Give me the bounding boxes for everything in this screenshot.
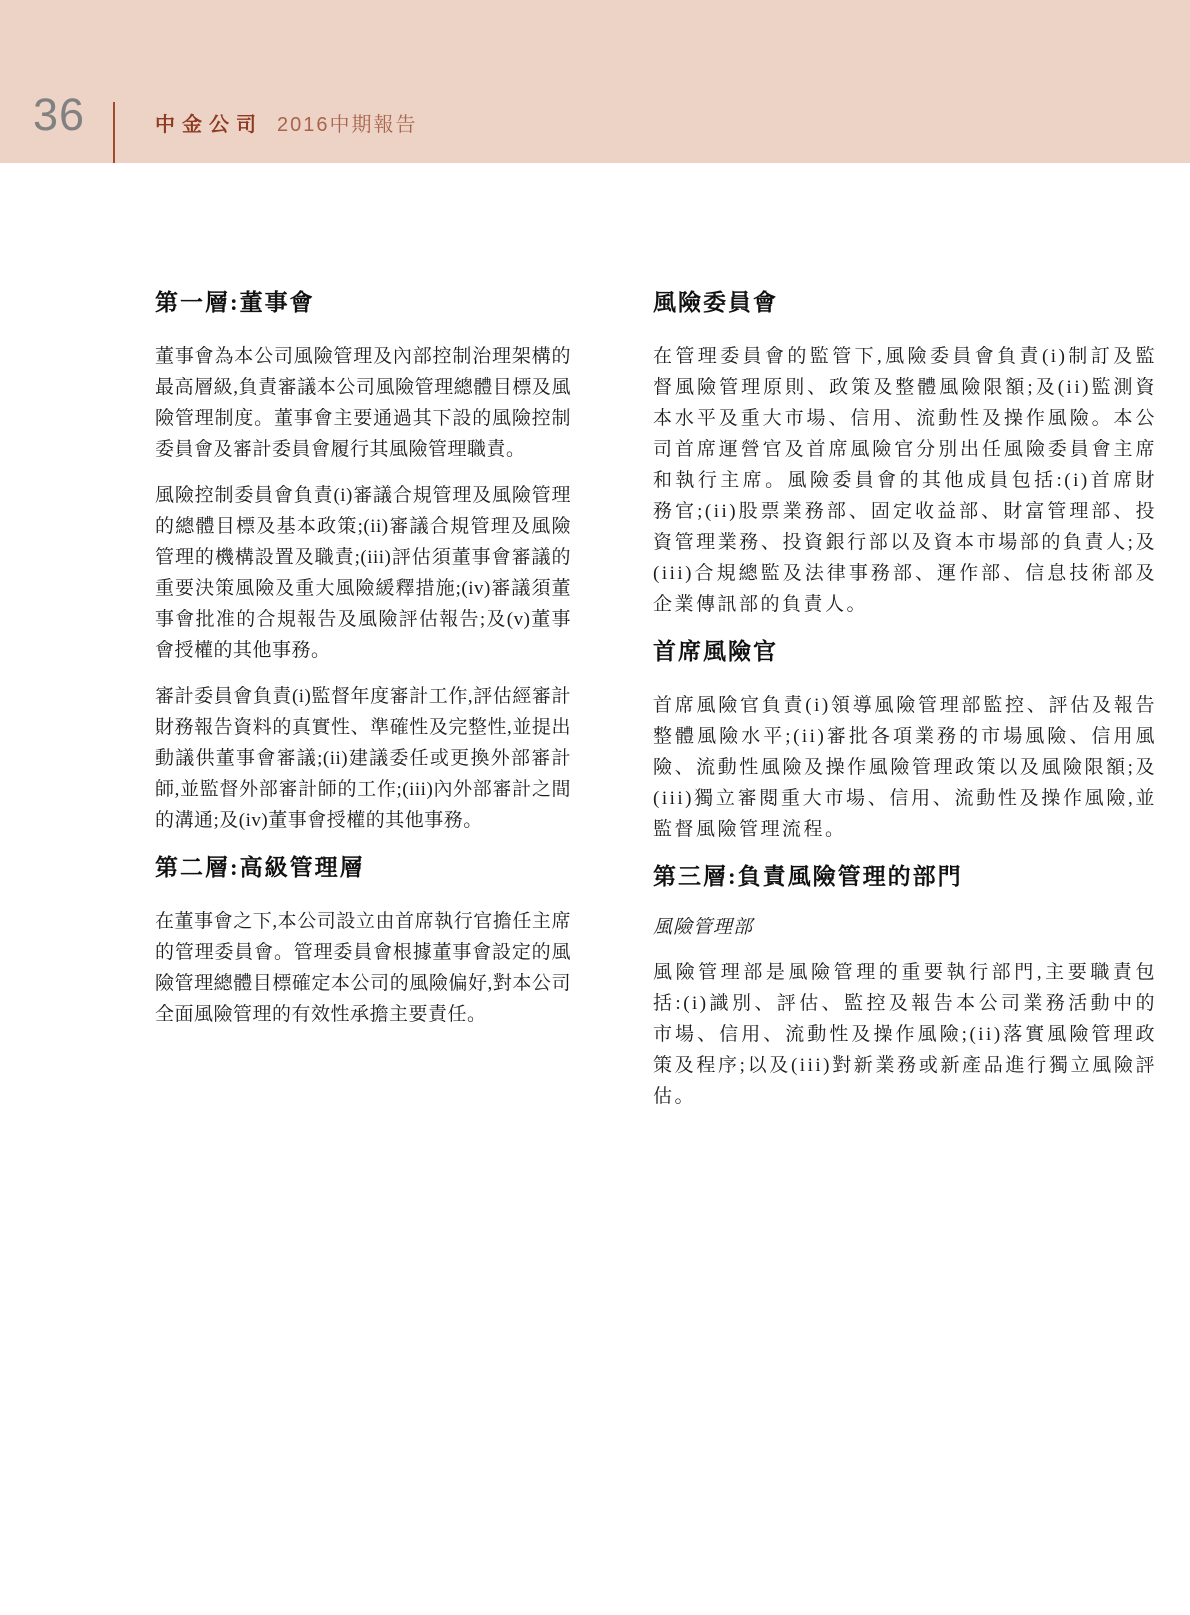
paragraph-management-committee: 在董事會之下,本公司設立由首席執行官擔任主席的管理委員會。管理委員會根據董事會設… bbox=[155, 906, 571, 1030]
section-heading-risk-committee: 風險委員會 bbox=[653, 287, 1157, 319]
report-page: 36 中金公司2016中期報告 第一層:董事會 董事會為本公司風險管理及內部控制… bbox=[0, 0, 1190, 1615]
section-heading-tier2-senior-management: 第二層:高級管理層 bbox=[155, 852, 571, 884]
report-title: 2016中期報告 bbox=[277, 114, 418, 136]
subheading-risk-management-department: 風險管理部 bbox=[653, 915, 1157, 941]
paragraph-chief-risk-officer: 首席風險官負責(i)領導風險管理部監控、評估及報告整體風險水平;(ii)審批各項… bbox=[653, 690, 1157, 845]
header-band: 36 中金公司2016中期報告 bbox=[0, 0, 1190, 163]
header-title: 中金公司2016中期報告 bbox=[155, 112, 418, 138]
section-heading-tier3-departments: 第三層:負責風險管理的部門 bbox=[653, 861, 1157, 893]
paragraph-risk-committee: 在管理委員會的監管下,風險委員會負責(i)制訂及監督風險管理原則、政策及整體風險… bbox=[653, 341, 1157, 620]
page-number: 36 bbox=[33, 92, 85, 137]
section-heading-chief-risk-officer: 首席風險官 bbox=[653, 636, 1157, 668]
section-heading-tier1-board: 第一層:董事會 bbox=[155, 287, 571, 319]
company-name: 中金公司 bbox=[155, 114, 263, 136]
left-column: 第一層:董事會 董事會為本公司風險管理及內部控制治理架構的最高層級,負責審議本公… bbox=[155, 287, 571, 1045]
paragraph-risk-management-department: 風險管理部是風險管理的重要執行部門,主要職責包括:(i)識別、評估、監控及報告本… bbox=[653, 957, 1157, 1112]
paragraph-audit-committee: 審計委員會負責(i)監督年度審計工作,評估經審計財務報告資料的真實性、準確性及完… bbox=[155, 681, 571, 836]
paragraph-risk-control-committee: 風險控制委員會負責(i)審議合規管理及風險管理的總體目標及基本政策;(ii)審議… bbox=[155, 480, 571, 666]
header-divider bbox=[113, 102, 115, 163]
paragraph-board-overview: 董事會為本公司風險管理及內部控制治理架構的最高層級,負責審議本公司風險管理總體目… bbox=[155, 341, 571, 465]
right-column: 風險委員會 在管理委員會的監管下,風險委員會負責(i)制訂及監督風險管理原則、政… bbox=[653, 287, 1157, 1127]
